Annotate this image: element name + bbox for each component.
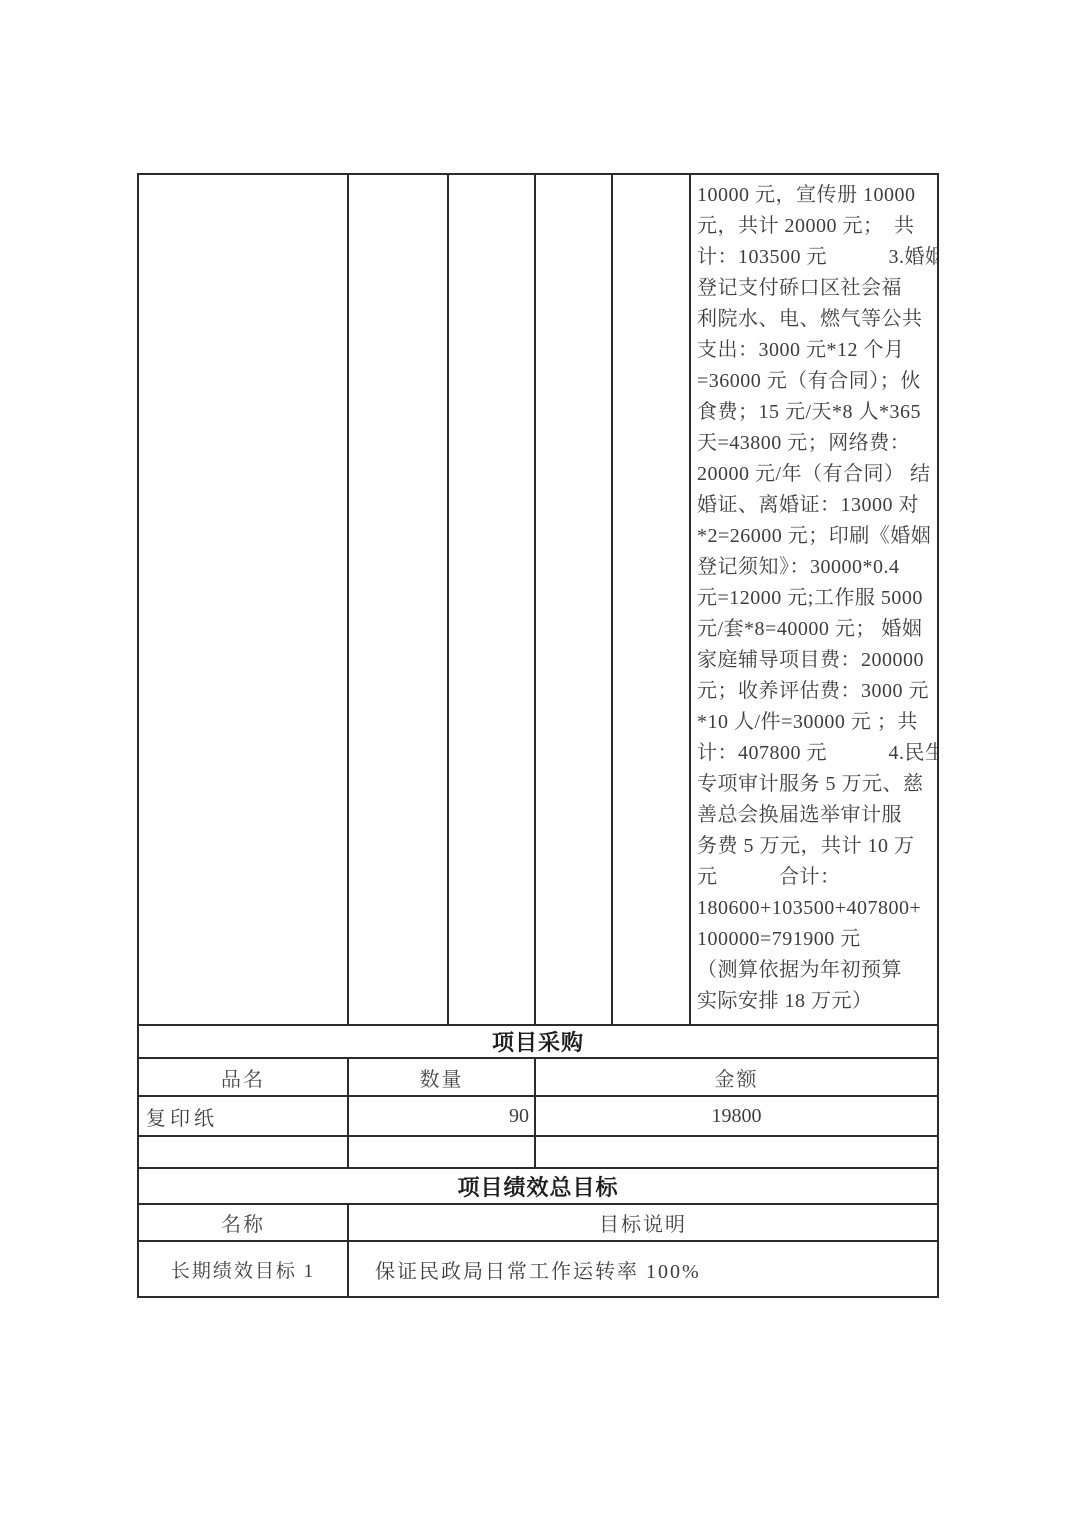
table-row-performance-header: 名称 目标说明 <box>138 1204 938 1241</box>
table-row-procurement-empty <box>138 1136 938 1168</box>
document-page: { "document": { "budget_detail_text": "1… <box>0 0 1074 1520</box>
procurement-header-amount: 金额 <box>535 1058 938 1096</box>
table-row-procurement-title: 项目采购 <box>138 1025 938 1058</box>
table-row-procurement-header: 品名 数量 金额 <box>138 1058 938 1096</box>
table-row-procurement-item: 复印纸 90 19800 <box>138 1096 938 1136</box>
empty-cell <box>448 174 535 1025</box>
procurement-section-title: 项目采购 <box>138 1025 938 1058</box>
empty-cell <box>348 174 448 1025</box>
procurement-header-quantity: 数量 <box>348 1058 535 1096</box>
empty-cell <box>138 174 348 1025</box>
performance-goal-description: 保证民政局日常工作运转率 100% <box>348 1241 938 1297</box>
empty-cell <box>612 174 690 1025</box>
performance-section-title: 项目绩效总目标 <box>138 1168 938 1204</box>
budget-document-table: 10000 元，宣传册 10000 元，共计 20000 元； 共 计：1035… <box>137 173 939 1298</box>
table-row-performance-title: 项目绩效总目标 <box>138 1168 938 1204</box>
table-row-continuation: 10000 元，宣传册 10000 元，共计 20000 元； 共 计：1035… <box>138 174 938 1025</box>
procurement-empty-name <box>138 1136 348 1168</box>
performance-header-description: 目标说明 <box>348 1204 938 1241</box>
performance-goal-name: 长期绩效目标 1 <box>138 1241 348 1297</box>
procurement-item-name: 复印纸 <box>138 1096 348 1136</box>
procurement-empty-quantity <box>348 1136 535 1168</box>
table-row-performance-goal: 长期绩效目标 1 保证民政局日常工作运转率 100% <box>138 1241 938 1297</box>
empty-cell <box>535 174 612 1025</box>
procurement-empty-amount <box>535 1136 938 1168</box>
procurement-header-name: 品名 <box>138 1058 348 1096</box>
performance-header-name: 名称 <box>138 1204 348 1241</box>
procurement-item-amount: 19800 <box>535 1096 938 1136</box>
budget-detail-text: 10000 元，宣传册 10000 元，共计 20000 元； 共 计：1035… <box>690 174 938 1025</box>
procurement-item-quantity: 90 <box>348 1096 535 1136</box>
